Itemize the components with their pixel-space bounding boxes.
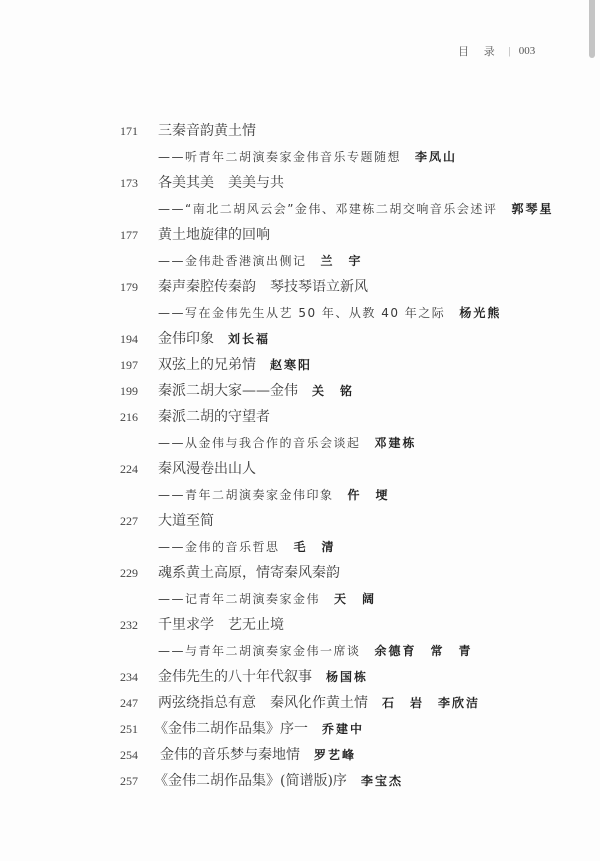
entry-page: 227: [120, 508, 138, 534]
entry-subtitle: ——青年二胡演奏家金伟印象: [158, 488, 334, 502]
entry-title: 千里求学 艺无止境: [158, 612, 284, 638]
entry-subtitle-wrap: ——“南北二胡风云会”金伟、邓建栋二胡交响音乐会述评郭琴星: [158, 196, 553, 222]
entry-page: 254: [120, 742, 138, 768]
toc-entry[interactable]: 254 金伟的音乐梦与秦地情罗艺峰: [0, 742, 600, 768]
entry-title: 秦声秦腔传秦韵 琴技琴语立新风: [158, 274, 368, 300]
entry-title: 大道至简: [158, 508, 214, 534]
toc-entry[interactable]: 171 三秦音韵黄土情: [0, 118, 600, 144]
entry-subtitle-wrap: ——听青年二胡演奏家金伟音乐专题随想李凤山: [158, 144, 457, 170]
entry-title-wrap: 金伟先生的八十年代叙事杨国栋: [158, 664, 368, 690]
toc-entry[interactable]: 179 秦声秦腔传秦韵 琴技琴语立新风: [0, 274, 600, 300]
entry-subtitle: ——“南北二胡风云会”金伟、邓建栋二胡交响音乐会述评: [158, 202, 497, 216]
toc-entry[interactable]: 177 黄土地旋律的回响: [0, 222, 600, 248]
toc-subtitle-line: ——听青年二胡演奏家金伟音乐专题随想李凤山: [0, 144, 600, 170]
entry-subtitle-wrap: ——青年二胡演奏家金伟印象仵 埂: [158, 482, 390, 508]
entry-title: 秦风漫卷出山人: [158, 456, 256, 482]
entry-page: 194: [120, 326, 138, 352]
entry-title: 秦派二胡的守望者: [158, 404, 270, 430]
entry-subtitle-wrap: ——记青年二胡演奏家金伟天 阔: [158, 586, 376, 612]
entry-author: 乔建中: [322, 722, 364, 736]
entry-title: 金伟印象: [158, 331, 214, 347]
entry-author: 石 岩 李欣洁: [382, 696, 480, 710]
book-page: 目 录 | 003 171 三秦音韵黄土情 ——听青年二胡演奏家金伟音乐专题随想…: [0, 0, 600, 861]
toc-entry[interactable]: 251 《金伟二胡作品集》序一乔建中: [0, 716, 600, 742]
toc-entry[interactable]: 229 魂系黄土高原，情寄秦风秦韵: [0, 560, 600, 586]
entry-subtitle-wrap: ——与青年二胡演奏家金伟一席谈余德育 常 青: [158, 638, 473, 664]
entry-page: 224: [120, 456, 138, 482]
toc-entry[interactable]: 173 各美其美 美美与共: [0, 170, 600, 196]
entry-subtitle-wrap: ——金伟的音乐哲思毛 清: [158, 534, 336, 560]
toc-entry[interactable]: 227 大道至简: [0, 508, 600, 534]
toc-entry[interactable]: 247 两弦绕指总有意 秦风化作黄土情石 岩 李欣洁: [0, 690, 600, 716]
toc-entry[interactable]: 216 秦派二胡的守望者: [0, 404, 600, 430]
entry-subtitle-wrap: ——写在金伟先生从艺 50 年、从教 40 年之际杨光熊: [158, 300, 501, 326]
section-title: 目 录: [458, 43, 501, 59]
entry-page: 197: [120, 352, 138, 378]
entry-title: 各美其美 美美与共: [158, 170, 284, 196]
entry-page: 171: [120, 118, 138, 144]
entry-page: 229: [120, 560, 138, 586]
entry-title-wrap: 《金伟二胡作品集》序一乔建中: [154, 716, 364, 742]
entry-author: 刘长福: [228, 332, 270, 346]
toc-subtitle-line: ——金伟赴香港演出侧记兰 宇: [0, 248, 600, 274]
entry-title: 三秦音韵黄土情: [158, 118, 256, 144]
entry-page: 173: [120, 170, 138, 196]
entry-page: 257: [120, 768, 138, 794]
entry-title: 《金伟二胡作品集》(简谱版)序: [154, 773, 347, 789]
toc-entry[interactable]: 197 双弦上的兄弟情赵寒阳: [0, 352, 600, 378]
toc-subtitle-line: ——从金伟与我合作的音乐会谈起邓建栋: [0, 430, 600, 456]
entry-title-wrap: 秦派二胡大家——金伟关 铭: [158, 378, 354, 404]
toc-entry[interactable]: 234 金伟先生的八十年代叙事杨国栋: [0, 664, 600, 690]
entry-title-wrap: 金伟印象刘长福: [158, 326, 270, 352]
entry-author: 杨国栋: [326, 670, 368, 684]
toc-subtitle-line: ——金伟的音乐哲思毛 清: [0, 534, 600, 560]
toc-entry[interactable]: 194 金伟印象刘长福: [0, 326, 600, 352]
entry-author: 郭琴星: [511, 202, 553, 216]
running-header: 目 录 | 003: [458, 43, 535, 59]
entry-subtitle: ——与青年二胡演奏家金伟一席谈: [158, 644, 361, 658]
entry-page: 232: [120, 612, 138, 638]
entry-subtitle: ——从金伟与我合作的音乐会谈起: [158, 436, 361, 450]
entry-subtitle: ——金伟赴香港演出侧记: [158, 254, 307, 268]
entry-page: 247: [120, 690, 138, 716]
toc-subtitle-line: ——与青年二胡演奏家金伟一席谈余德育 常 青: [0, 638, 600, 664]
entry-subtitle: ——记青年二胡演奏家金伟: [158, 592, 320, 606]
entry-author: 兰 宇: [321, 254, 363, 268]
page-number: 003: [519, 45, 536, 57]
entry-subtitle-wrap: ——金伟赴香港演出侧记兰 宇: [158, 248, 363, 274]
entry-page: 234: [120, 664, 138, 690]
entry-page: 216: [120, 404, 138, 430]
toc-entry[interactable]: 224 秦风漫卷出山人: [0, 456, 600, 482]
entry-page: 177: [120, 222, 138, 248]
entry-author: 杨光熊: [459, 306, 501, 320]
entry-title: 《金伟二胡作品集》序一: [154, 721, 308, 737]
entry-title: 秦派二胡大家——金伟: [158, 383, 298, 399]
toc-entry[interactable]: 232 千里求学 艺无止境: [0, 612, 600, 638]
toc-entry[interactable]: 257 《金伟二胡作品集》(简谱版)序李宝杰: [0, 768, 600, 794]
table-of-contents: 171 三秦音韵黄土情 ——听青年二胡演奏家金伟音乐专题随想李凤山 173 各美…: [0, 118, 600, 794]
entry-page: 199: [120, 378, 138, 404]
entry-title: 两弦绕指总有意 秦风化作黄土情: [158, 695, 368, 711]
scrollbar-thumb[interactable]: [589, 0, 595, 58]
toc-subtitle-line: ——写在金伟先生从艺 50 年、从教 40 年之际杨光熊: [0, 300, 600, 326]
entry-author: 余德育 常 青: [375, 644, 473, 658]
toc-entry[interactable]: 199 秦派二胡大家——金伟关 铭: [0, 378, 600, 404]
header-separator: |: [509, 46, 511, 57]
entry-subtitle-wrap: ——从金伟与我合作的音乐会谈起邓建栋: [158, 430, 417, 456]
entry-title-wrap: 《金伟二胡作品集》(简谱版)序李宝杰: [154, 768, 403, 794]
entry-subtitle: ——听青年二胡演奏家金伟音乐专题随想: [158, 150, 401, 164]
entry-title-wrap: 金伟的音乐梦与秦地情罗艺峰: [160, 742, 356, 768]
entry-title: 金伟先生的八十年代叙事: [158, 669, 312, 685]
toc-subtitle-line: ——青年二胡演奏家金伟印象仵 埂: [0, 482, 600, 508]
entry-author: 罗艺峰: [314, 748, 356, 762]
entry-title: 黄土地旋律的回响: [158, 222, 270, 248]
entry-author: 李宝杰: [361, 774, 403, 788]
entry-author: 毛 清: [294, 540, 336, 554]
toc-subtitle-line: ——记青年二胡演奏家金伟天 阔: [0, 586, 600, 612]
entry-page: 179: [120, 274, 138, 300]
entry-title-wrap: 两弦绕指总有意 秦风化作黄土情石 岩 李欣洁: [158, 690, 480, 716]
entry-title: 双弦上的兄弟情: [158, 357, 256, 373]
entry-author: 李凤山: [415, 150, 457, 164]
entry-title-wrap: 双弦上的兄弟情赵寒阳: [158, 352, 312, 378]
entry-title: 魂系黄土高原，情寄秦风秦韵: [158, 560, 340, 586]
entry-author: 赵寒阳: [270, 358, 312, 372]
entry-subtitle: ——金伟的音乐哲思: [158, 540, 280, 554]
entry-title: 金伟的音乐梦与秦地情: [160, 747, 300, 763]
entry-subtitle: ——写在金伟先生从艺 50 年、从教 40 年之际: [158, 306, 445, 320]
entry-author: 仵 埂: [348, 488, 390, 502]
entry-author: 邓建栋: [375, 436, 417, 450]
toc-subtitle-line: ——“南北二胡风云会”金伟、邓建栋二胡交响音乐会述评郭琴星: [0, 196, 600, 222]
entry-author: 天 阔: [334, 592, 376, 606]
entry-author: 关 铭: [312, 384, 354, 398]
entry-page: 251: [120, 716, 138, 742]
